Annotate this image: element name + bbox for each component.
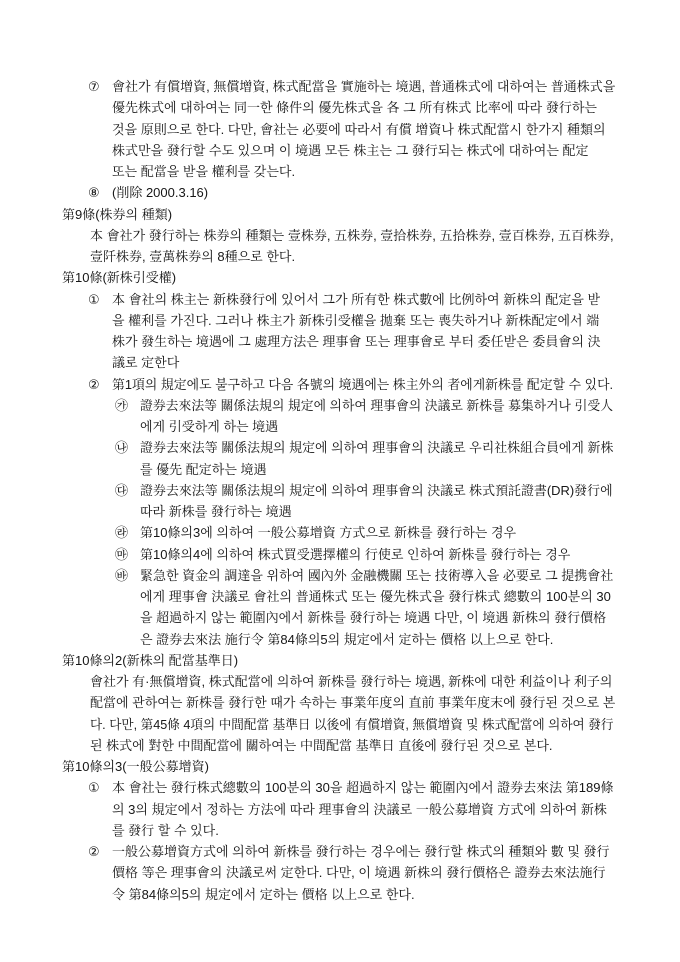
text-line: 第10條의3(一般公募增資) — [62, 756, 613, 777]
paragraph: ㉰證券去來法等 關係法規의 規定에 의하여 理事會의 決議로 株式預託證書(DR… — [140, 480, 613, 523]
article-heading: 第10條(新株引受權) — [62, 267, 613, 288]
item-marker: ㉰ — [115, 480, 140, 501]
text-line: 를 優先 配定하는 境遇 — [140, 459, 613, 480]
item-marker: ㉳ — [115, 565, 140, 586]
item-marker: ② — [88, 841, 112, 862]
paragraph: 會社가 有·無償增資, 株式配當에 의하여 新株를 發行하는 境遇, 新株에 대… — [90, 671, 613, 756]
paragraph: ②第1項의 規定에도 불구하고 다음 各號의 境遇에는 株主外의 者에게新株를 … — [112, 374, 613, 395]
text-line: 第10條의4에 의하여 株式買受選擇權의 行使로 인하여 新株를 發行하는 경우 — [140, 544, 613, 565]
text-line: 의 3의 規定에서 정하는 方法에 따라 理事會의 決議로 一般公募增資 方式에… — [112, 799, 613, 820]
text-line: 會社가 有·無償增資, 株式配當에 의하여 新株를 發行하는 境遇, 新株에 대… — [90, 671, 613, 692]
item-marker: ㉲ — [115, 544, 140, 565]
item-marker: ② — [88, 374, 112, 395]
text-line: 은 證券去來法 施行令 第84條의5의 規定에서 定하는 價格 以上으로 한다. — [140, 629, 613, 650]
text-line: 를 發行 할 수 있다. — [112, 820, 613, 841]
item-marker: ① — [88, 289, 112, 310]
paragraph: ①本 會社는 發行株式總數의 100분의 30을 超過하지 않는 範圍內에서 證… — [112, 777, 613, 841]
document-page: ⑦會社가 有償增資, 無償增資, 株式配當을 實施하는 境遇, 普通株式에 대하… — [0, 0, 680, 962]
paragraph: 本 會社가 發行하는 株券의 種類는 壹株券, 五株券, 壹拾株券, 五拾株券,… — [90, 225, 613, 268]
text-line: 本 會社는 發行株式總數의 100분의 30을 超過하지 않는 範圍內에서 證券… — [112, 777, 613, 798]
text-line: 證券去來法等 關係法規의 規定에 의하여 理事會의 決議로 新株를 募集하거나 … — [140, 395, 607, 416]
text-line: 株가 發生하는 境遇에 그 處理方法은 理事會 또는 理事會로 부터 委任받은 … — [112, 331, 613, 352]
article-heading: 第9條(株券의 種類) — [62, 204, 613, 225]
text-line: 令 第84條의5의 規定에서 定하는 價格 以上으로 한다. — [112, 884, 613, 905]
text-line: 第1項의 規定에도 불구하고 다음 各號의 境遇에는 株主外의 者에게新株를 配… — [112, 374, 608, 395]
text-line: 議로 定한다 — [112, 352, 613, 373]
text-line: 會社가 有償增資, 無償增資, 株式配當을 實施하는 境遇, 普通株式에 대하여… — [112, 76, 613, 97]
text-line: 된 株式에 對한 中間配當에 關하여는 中間配當 基準日 直後에 發行된 것으로… — [90, 735, 613, 756]
text-line: 價格 等은 理事會의 決議로써 定한다. 다만, 이 境遇 新株의 發行價格은 … — [112, 862, 613, 883]
paragraph: ⑧(削除 2000.3.16) — [112, 182, 613, 203]
text-line: 第10條(新株引受權) — [62, 267, 613, 288]
paragraph: ㉮證券去來法等 關係法規의 規定에 의하여 理事會의 決議로 新株를 募集하거나… — [140, 395, 613, 438]
item-marker: ① — [88, 777, 112, 798]
text-line: 따라 新株를 發行하는 境遇 — [140, 501, 613, 522]
text-line: 第9條(株券의 種類) — [62, 204, 613, 225]
article-heading: 第10條의3(一般公募增資) — [62, 756, 613, 777]
item-marker: ㉱ — [115, 522, 140, 543]
text-line: 證券去來法等 關係法規의 規定에 의하여 理事會의 決議로 株式預託證書(DR)… — [140, 480, 611, 501]
text-line: 것을 原則으로 한다. 다만, 會社는 必要에 따라서 有償 增資나 株式配當시… — [112, 119, 613, 140]
paragraph: ①本 會社의 株主는 新株發行에 있어서 그가 所有한 株式數에 比例하여 新株… — [112, 289, 613, 374]
text-line: 을 超過하지 않는 範圍內에서 新株를 發行하는 境遇 다만, 이 境遇 新株의… — [140, 607, 613, 628]
text-line: (削除 2000.3.16) — [112, 182, 613, 203]
text-line: 本 會社가 發行하는 株券의 種類는 壹株券, 五株券, 壹拾株券, 五拾株券,… — [90, 225, 613, 246]
paragraph: ㉯證券去來法等 關係法規의 規定에 의하여 理事會의 決議로 우리社株組合員에게… — [140, 437, 613, 480]
paragraph: ②一般公募增資方式에 의하여 新株를 發行하는 경우에는 發行할 株式의 種類와… — [112, 841, 613, 905]
text-line: 株式만을 發行할 수도 있으며 이 境遇 모든 株主는 그 發行되는 株式에 대… — [112, 140, 613, 161]
text-line: 에게 引受하게 하는 境遇 — [140, 416, 613, 437]
text-line: 證券去來法等 關係法規의 規定에 의하여 理事會의 決議로 우리社株組合員에게 … — [140, 437, 611, 458]
text-line: 一般公募增資方式에 의하여 新株를 發行하는 경우에는 發行할 株式의 種類와 … — [112, 841, 613, 862]
text-line: 優先株式에 대하여는 同一한 條件의 優先株式을 各 그 所有株式 比率에 따라… — [112, 97, 613, 118]
paragraph: ㉱第10條의3에 의하여 一般公募增資 方式으로 新株를 發行하는 경우 — [140, 522, 613, 543]
article-heading: 第10條의2(新株의 配當基準日) — [62, 650, 613, 671]
text-line: 第10條의3에 의하여 一般公募增資 方式으로 新株를 發行하는 경우 — [140, 522, 613, 543]
item-marker: ⑦ — [88, 76, 112, 97]
text-line: 에게 理事會 決議로 會社의 普通株式 또는 優先株式을 發行株式 總數의 10… — [140, 586, 613, 607]
item-marker: ㉮ — [115, 395, 140, 416]
paragraph: ㉲第10條의4에 의하여 株式買受選擇權의 行使로 인하여 新株를 發行하는 경… — [140, 544, 613, 565]
text-line: 第10條의2(新株의 配當基準日) — [62, 650, 613, 671]
text-line: 다. 다만, 第45條 4項의 中間配當 基準日 以後에 有償增資, 無償增資 … — [90, 714, 597, 735]
item-marker: ⑧ — [88, 182, 112, 203]
paragraph: ㉳緊急한 資金의 調達을 위하여 國內外 金融機關 또는 技術導入을 必要로 그… — [140, 565, 613, 650]
item-marker: ㉯ — [115, 437, 140, 458]
text-line: 配當에 관하여는 新株를 發行한 때가 속하는 事業年度의 直前 事業年度末에 … — [90, 692, 613, 713]
paragraph: ⑦會社가 有償增資, 無償增資, 株式配當을 實施하는 境遇, 普通株式에 대하… — [112, 76, 613, 182]
text-line: 을 權利를 가진다. 그러나 株主가 新株引受權을 拋棄 또는 喪失하거나 新株… — [112, 310, 613, 331]
text-line: 本 會社의 株主는 新株發行에 있어서 그가 所有한 株式數에 比例하여 新株의… — [112, 289, 613, 310]
text-line: 또는 配當을 받을 權利를 갖는다. — [112, 161, 613, 182]
document-content: ⑦會社가 有償增資, 無償增資, 株式配當을 實施하는 境遇, 普通株式에 대하… — [62, 76, 613, 905]
text-line: 壹阡株券, 壹萬株券의 8種으로 한다. — [90, 246, 613, 267]
text-line: 緊急한 資金의 調達을 위하여 國內外 金融機關 또는 技術導入을 必要로 그 … — [140, 565, 613, 586]
